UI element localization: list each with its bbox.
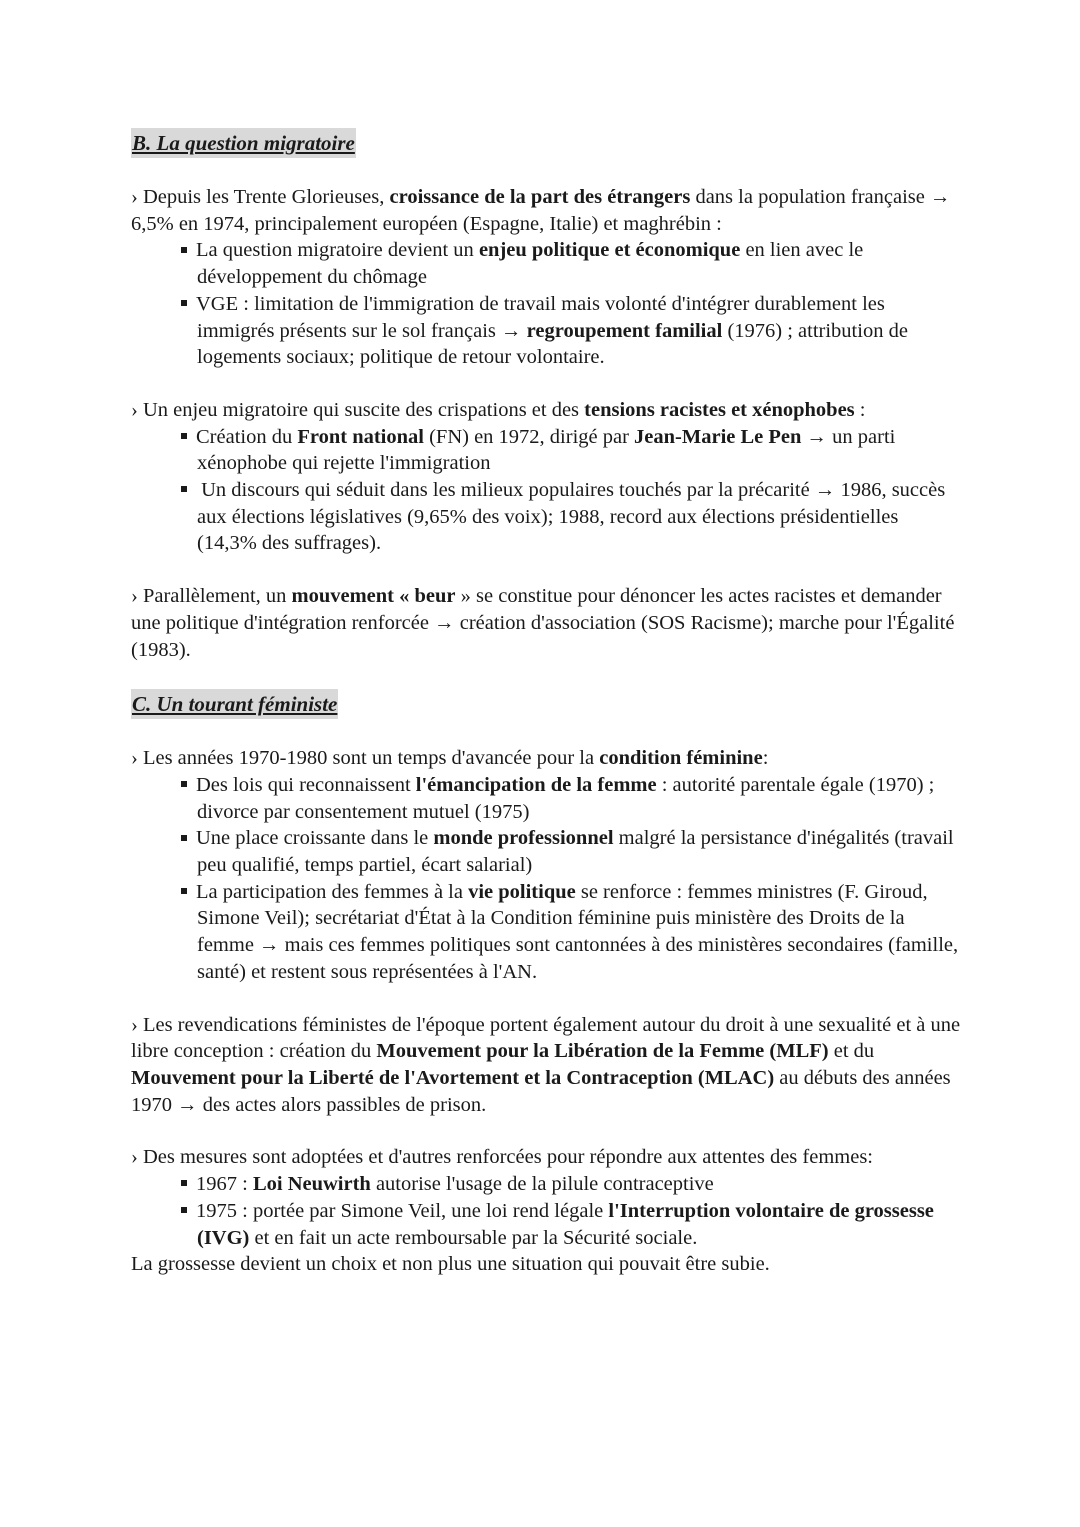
- bullet-list: Des lois qui reconnaissent l'émancipatio…: [131, 772, 961, 986]
- text-run: Création du: [196, 426, 297, 448]
- text-run: Un discours qui séduit dans les milieux …: [196, 479, 945, 554]
- bold-text: Mouvement pour la Liberté de l'Avortemen…: [131, 1067, 774, 1089]
- text-run: 1967 :: [196, 1173, 253, 1195]
- text-run: Des lois qui reconnaissent: [196, 774, 416, 796]
- text-run: La grossesse devient un choix et non plu…: [131, 1253, 770, 1275]
- bullet-item: 1967 : Loi Neuwirth autorise l'usage de …: [131, 1171, 961, 1198]
- text-run: La question migratoire devient un: [196, 239, 479, 261]
- text-run: La participation des femmes à la: [196, 881, 468, 903]
- text-run: › Des mesures sont adoptées et d'autres …: [131, 1146, 873, 1168]
- paragraph: › Les années 1970-1980 sont un temps d'a…: [131, 745, 961, 772]
- paragraph: › Un enjeu migratoire qui suscite des cr…: [131, 397, 961, 424]
- bold-text: Front national: [297, 426, 424, 448]
- paragraph: › Parallèlement, un mouvement « beur » s…: [131, 583, 961, 663]
- bold-text: Loi Neuwirth: [253, 1173, 371, 1195]
- bold-text: enjeu politique et économique: [479, 239, 740, 261]
- section-migration: B. La question migratoire › Depuis les T…: [131, 128, 961, 663]
- bold-text: tensions racistes et xénophobes: [584, 399, 854, 421]
- text-run: › Parallèlement, un: [131, 585, 292, 607]
- bullet-item: Des lois qui reconnaissent l'émancipatio…: [131, 772, 961, 825]
- bold-text: Jean-Marie Le Pen: [634, 426, 801, 448]
- square-bullet-icon: [181, 1180, 187, 1186]
- square-bullet-icon: [181, 247, 187, 253]
- paragraph: › Des mesures sont adoptées et d'autres …: [131, 1144, 961, 1171]
- section-heading: C. Un tourant féministe: [131, 689, 338, 719]
- text-run: › Un enjeu migratoire qui suscite des cr…: [131, 399, 584, 421]
- section-body: › Depuis les Trente Glorieuses, croissan…: [131, 184, 961, 663]
- paragraph: › Depuis les Trente Glorieuses, croissan…: [131, 184, 961, 237]
- square-bullet-icon: [181, 300, 187, 306]
- bold-text: Mouvement pour la Libération de la Femme…: [376, 1040, 828, 1062]
- text-run: et du: [829, 1040, 875, 1062]
- bold-text: vie politique: [468, 881, 576, 903]
- text-run: autorise l'usage de la pilule contracept…: [371, 1173, 714, 1195]
- text-run: :: [763, 747, 769, 769]
- section-body: › Les années 1970-1980 sont un temps d'a…: [131, 745, 961, 1278]
- bullet-list: La question migratoire devient un enjeu …: [131, 237, 961, 371]
- text-run: et en fait un acte remboursable par la S…: [249, 1227, 697, 1249]
- bullet-list: Création du Front national (FN) en 1972,…: [131, 424, 961, 558]
- bold-text: mouvement « beur: [292, 585, 456, 607]
- text-run: Une place croissante dans le: [196, 827, 433, 849]
- square-bullet-icon: [181, 781, 187, 787]
- square-bullet-icon: [181, 433, 187, 439]
- bold-text: monde professionnel: [433, 827, 613, 849]
- square-bullet-icon: [181, 1207, 187, 1213]
- bold-text: regroupement familial: [527, 320, 723, 342]
- section-feminism: C. Un tourant féministe › Les années 197…: [131, 689, 961, 1278]
- bullet-item: Une place croissante dans le monde profe…: [131, 825, 961, 878]
- section-heading: B. La question migratoire: [131, 128, 356, 158]
- text-run: (FN) en 1972, dirigé par: [424, 426, 634, 448]
- paragraph: La grossesse devient un choix et non plu…: [131, 1251, 961, 1278]
- square-bullet-icon: [181, 486, 187, 492]
- bullet-item: La participation des femmes à la vie pol…: [131, 879, 961, 986]
- bold-text: croissance de la part des étrangers: [390, 186, 691, 208]
- bullet-list: 1967 : Loi Neuwirth autorise l'usage de …: [131, 1171, 961, 1251]
- text-run: › Les années 1970-1980 sont un temps d'a…: [131, 747, 599, 769]
- document-page: B. La question migratoire › Depuis les T…: [131, 128, 961, 1278]
- bullet-item: La question migratoire devient un enjeu …: [131, 237, 961, 290]
- bullet-item: VGE : limitation de l'immigration de tra…: [131, 291, 961, 371]
- square-bullet-icon: [181, 835, 187, 841]
- bold-text: condition féminine: [599, 747, 762, 769]
- text-run: › Depuis les Trente Glorieuses,: [131, 186, 390, 208]
- text-run: 1975 : portée par Simone Veil, une loi r…: [196, 1200, 608, 1222]
- bold-text: l'émancipation de la femme: [416, 774, 657, 796]
- paragraph: › Les revendications féministes de l'épo…: [131, 1012, 961, 1119]
- bullet-item: Création du Front national (FN) en 1972,…: [131, 424, 961, 477]
- text-run: :: [855, 399, 866, 421]
- bullet-item: 1975 : portée par Simone Veil, une loi r…: [131, 1198, 961, 1251]
- square-bullet-icon: [181, 888, 187, 894]
- bullet-item: Un discours qui séduit dans les milieux …: [131, 477, 961, 557]
